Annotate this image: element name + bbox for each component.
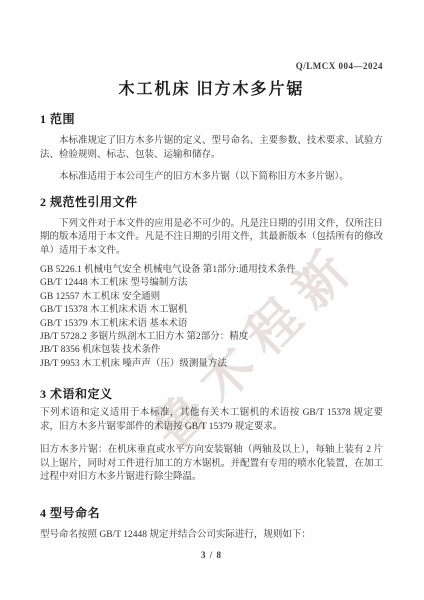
paragraph: 下列文件对于本文件的应用是必不可少的。凡是注日期的引用文件，仅所注日期的版本适用…: [40, 218, 383, 259]
document-content: Q/LMCX 004—2024 木工机床 旧方木多片锯 1 范围 本标准规定了旧…: [40, 61, 383, 560]
page-number: 3 / 8: [40, 550, 383, 560]
reference-item: GB/T 12448 木工机床 型号编制方法: [40, 277, 383, 290]
reference-item: JB/T 8356 机床包装 技术条件: [40, 344, 383, 357]
paragraph: 下列术语和定义适用于本标准，其他有关木工锯机的术语按 GB/T 15378 规定…: [40, 407, 383, 434]
reference-item: JB/T 9953 木工机床 噪声声（压）级测量方法: [40, 358, 383, 371]
section-heading-model-designation: 4 型号命名: [40, 506, 383, 520]
document-page: 鲁木程新 Q/LMCX 004—2024 木工机床 旧方木多片锯 1 范围 本标…: [0, 0, 424, 600]
reference-item: GB 5226.1 机械电气安全 机械电气设备 第1部分:通用技术条件: [40, 264, 383, 277]
reference-list: GB 5226.1 机械电气安全 机械电气设备 第1部分:通用技术条件 GB/T…: [40, 264, 383, 371]
section-heading-terms-definitions: 3 术语和定义: [40, 387, 383, 401]
section-heading-scope: 1 范围: [40, 112, 383, 126]
reference-item: GB/T 15378 木工机床术语 木工锯机: [40, 304, 383, 317]
section-heading-normative-references: 2 规范性引用文件: [40, 195, 383, 209]
doc-number: Q/LMCX 004—2024: [40, 61, 383, 71]
reference-item: GB/T 15379 木工机床术语 基本术语: [40, 318, 383, 331]
page-title: 木工机床 旧方木多片锯: [40, 80, 383, 100]
reference-item: JB/T 5728.2 多锯片纵剖木工旧方木 第2部分：精度: [40, 331, 383, 344]
paragraph: 本标准规定了旧方木多片锯的定义、型号命名、主要参数、技术要求、试验方法、检验规则…: [40, 135, 383, 162]
paragraph: 型号命名按照 GB/T 12448 规定并结合公司实际进行，规则如下：: [40, 529, 383, 543]
paragraph: 旧方木多片锯：在机床垂直或水平方向安装锯轴（两轴及以上），每轴上装有 2 片以上…: [40, 444, 383, 485]
paragraph: 本标准适用于本公司生产的旧方木多片锯（以下简称旧方木多片锯）。: [40, 171, 383, 185]
reference-item: GB 12557 木工机床 安全通则: [40, 291, 383, 304]
